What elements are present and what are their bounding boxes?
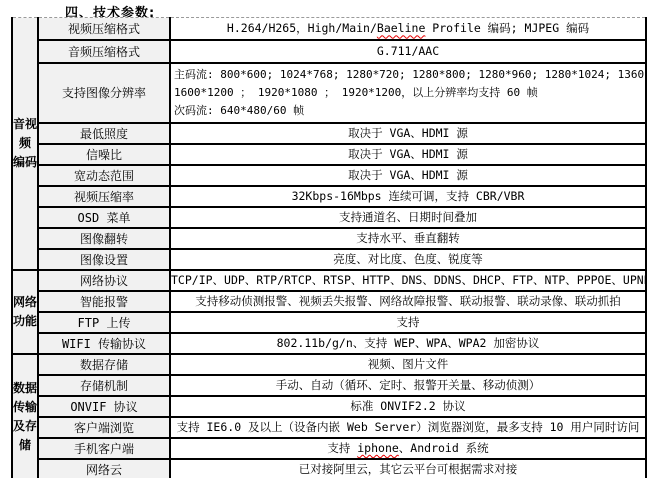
param-name-cell: WIFI 传输协议 xyxy=(38,333,170,354)
group-label-line: 功能 xyxy=(13,312,37,331)
table-row: 网络云已对接阿里云，其它云平台可根据需求对接 xyxy=(12,459,646,478)
value-text: Profile 编码; MJPEG 编码 xyxy=(425,21,589,35)
table-row: 音频压缩格式G.711/AAC xyxy=(12,40,646,63)
table-row: 图像设置亮度、对比度、色度、锐度等 xyxy=(12,249,646,270)
group-label-line: 音视 xyxy=(13,115,37,134)
table-row: 宽动态范围取决于 VGA、HDMI 源 xyxy=(12,165,646,186)
param-name-cell: 智能报警 xyxy=(38,291,170,312)
param-value-cell: 取决于 VGA、HDMI 源 xyxy=(170,144,646,165)
value-text: 视频、图片文件 xyxy=(368,357,449,371)
param-value-cell: TCP/IP、UDP、RTP/RTCP、RTSP、HTTP、DNS、DDNS、D… xyxy=(170,270,646,291)
table-row: OSD 菜单支持通道名、日期时间叠加 xyxy=(12,207,646,228)
table-row: 手机客户端支持 iphone、Android 系统 xyxy=(12,438,646,459)
value-text: H.264/H265，High/Main/ xyxy=(227,21,377,35)
param-name-cell: 网络协议 xyxy=(38,270,170,291)
param-value-cell: 支持 xyxy=(170,312,646,333)
table-row: FTP 上传支持 xyxy=(12,312,646,333)
value-line: 主码流: 800*600; 1024*768; 1280*720; 1280*8… xyxy=(174,66,643,84)
param-value-cell: 支持移动侦测报警、视频丢失报警、网络故障报警、联动报警、联动录像、联动抓拍 xyxy=(170,291,646,312)
value-text: 802.11b/g/n、支持 WEP、WPA、WPA2 加密协议 xyxy=(277,336,540,350)
table-row: 客户端浏览支持 IE6.0 及以上（设备内嵌 Web Server）浏览器浏览，… xyxy=(12,417,646,438)
param-name-cell: 宽动态范围 xyxy=(38,165,170,186)
table-row: ONVIF 协议标准 ONVIF2.2 协议 xyxy=(12,396,646,417)
value-text: 手动、自动（循环、定时、报警开关量、移动侦测） xyxy=(276,378,541,392)
param-name-cell: 信噪比 xyxy=(38,144,170,165)
table-row: 最低照度取决于 VGA、HDMI 源 xyxy=(12,123,646,144)
param-value-cell: 支持 IE6.0 及以上（设备内嵌 Web Server）浏览器浏览，最多支持 … xyxy=(170,417,646,438)
table-row: 存储机制手动、自动（循环、定时、报警开关量、移动侦测） xyxy=(12,375,646,396)
value-text: TCP/IP、UDP、RTP/RTCP、RTSP、HTTP、DNS、DDNS、D… xyxy=(171,273,646,287)
value-text: 支持移动侦测报警、视频丢失报警、网络故障报警、联动报警、联动录像、联动抓拍 xyxy=(195,294,621,308)
table-row: WIFI 传输协议802.11b/g/n、支持 WEP、WPA、WPA2 加密协… xyxy=(12,333,646,354)
group-label-line: 网络 xyxy=(13,293,37,312)
value-text: 标准 ONVIF2.2 协议 xyxy=(350,399,465,413)
table-row: 支持图像分辨率主码流: 800*600; 1024*768; 1280*720;… xyxy=(12,63,646,123)
table-row: 图像翻转支持水平、垂直翻转 xyxy=(12,228,646,249)
param-name-cell: 视频压缩率 xyxy=(38,186,170,207)
group-label-line: 编码 xyxy=(13,153,37,172)
group-label-cell: 数据传输及存储 xyxy=(12,354,38,478)
value-text: 取决于 VGA、HDMI 源 xyxy=(348,126,468,140)
document-page: 四、技术参数: 音视频编码视频压缩格式H.264/H265，High/Main/… xyxy=(0,0,657,478)
param-name-cell: 客户端浏览 xyxy=(38,417,170,438)
spec-table: 音视频编码视频压缩格式H.264/H265，High/Main/Baeline … xyxy=(11,17,647,478)
value-text: 支持 xyxy=(397,315,420,329)
param-name-cell: ONVIF 协议 xyxy=(38,396,170,417)
param-name-cell: 最低照度 xyxy=(38,123,170,144)
value-text: 已对接阿里云，其它云平台可根据需求对接 xyxy=(299,462,518,476)
param-name-cell: 数据存储 xyxy=(38,354,170,375)
param-value-cell: 手动、自动（循环、定时、报警开关量、移动侦测） xyxy=(170,375,646,396)
table-row: 数据传输及存储数据存储视频、图片文件 xyxy=(12,354,646,375)
value-text: 32Kbps-16Mbps 连续可调，支持 CBR/VBR xyxy=(292,189,525,203)
param-value-cell: 已对接阿里云，其它云平台可根据需求对接 xyxy=(170,459,646,478)
param-value-cell: 视频、图片文件 xyxy=(170,354,646,375)
group-label-line: 传输 xyxy=(13,398,37,417)
table-row: 智能报警支持移动侦测报警、视频丢失报警、网络故障报警、联动报警、联动录像、联动抓… xyxy=(12,291,646,312)
param-value-cell: 标准 ONVIF2.2 协议 xyxy=(170,396,646,417)
group-label-line: 频 xyxy=(13,134,37,153)
table-row: 视频压缩率32Kbps-16Mbps 连续可调，支持 CBR/VBR xyxy=(12,186,646,207)
param-name-cell: 存储机制 xyxy=(38,375,170,396)
table-row: 网络功能网络协议TCP/IP、UDP、RTP/RTCP、RTSP、HTTP、DN… xyxy=(12,270,646,291)
group-label-cell: 网络功能 xyxy=(12,270,38,354)
param-name-cell: 支持图像分辨率 xyxy=(38,63,170,123)
param-name-cell: 图像设置 xyxy=(38,249,170,270)
value-line: 1600*1200 ； 1920*1080 ； 1920*1200，以上分辨率均… xyxy=(174,84,643,102)
group-label-line: 储 xyxy=(13,436,37,455)
param-value-cell: 主码流: 800*600; 1024*768; 1280*720; 1280*8… xyxy=(170,63,646,123)
value-text: 支持水平、垂直翻转 xyxy=(356,231,460,245)
param-name-cell: 网络云 xyxy=(38,459,170,478)
param-name-cell: OSD 菜单 xyxy=(38,207,170,228)
param-value-cell: 支持水平、垂直翻转 xyxy=(170,228,646,249)
value-text: 亮度、对比度、色度、锐度等 xyxy=(333,252,483,266)
value-text: 支持通道名、日期时间叠加 xyxy=(339,210,477,224)
param-name-cell: 视频压缩格式 xyxy=(38,18,170,40)
table-row: 信噪比取决于 VGA、HDMI 源 xyxy=(12,144,646,165)
group-label-cell: 音视频编码 xyxy=(12,18,38,270)
group-label-line: 数据 xyxy=(13,379,37,398)
value-text: 、Android 系统 xyxy=(399,441,489,455)
param-name-cell: 手机客户端 xyxy=(38,438,170,459)
param-name-cell: FTP 上传 xyxy=(38,312,170,333)
table-row: 音视频编码视频压缩格式H.264/H265，High/Main/Baeline … xyxy=(12,18,646,40)
value-line: 次码流: 640*480/60 帧 xyxy=(174,102,643,120)
value-text: 取决于 VGA、HDMI 源 xyxy=(348,168,468,182)
param-name-cell: 音频压缩格式 xyxy=(38,40,170,63)
misspelled-word: iphone xyxy=(357,441,399,455)
value-text: 取决于 VGA、HDMI 源 xyxy=(348,147,468,161)
misspelled-word: Baeline xyxy=(377,21,425,35)
param-value-cell: 取决于 VGA、HDMI 源 xyxy=(170,123,646,144)
param-value-cell: 支持通道名、日期时间叠加 xyxy=(170,207,646,228)
param-value-cell: 取决于 VGA、HDMI 源 xyxy=(170,165,646,186)
value-text: G.711/AAC xyxy=(377,44,439,58)
group-label-line: 及存 xyxy=(13,417,37,436)
param-value-cell: H.264/H265，High/Main/Baeline Profile 编码;… xyxy=(170,18,646,40)
param-value-cell: G.711/AAC xyxy=(170,40,646,63)
param-name-cell: 图像翻转 xyxy=(38,228,170,249)
value-text: 支持 IE6.0 及以上（设备内嵌 Web Server）浏览器浏览，最多支持 … xyxy=(177,420,640,434)
param-value-cell: 802.11b/g/n、支持 WEP、WPA、WPA2 加密协议 xyxy=(170,333,646,354)
param-value-cell: 支持 iphone、Android 系统 xyxy=(170,438,646,459)
param-value-cell: 32Kbps-16Mbps 连续可调，支持 CBR/VBR xyxy=(170,186,646,207)
value-text: 支持 xyxy=(327,441,357,455)
param-value-cell: 亮度、对比度、色度、锐度等 xyxy=(170,249,646,270)
